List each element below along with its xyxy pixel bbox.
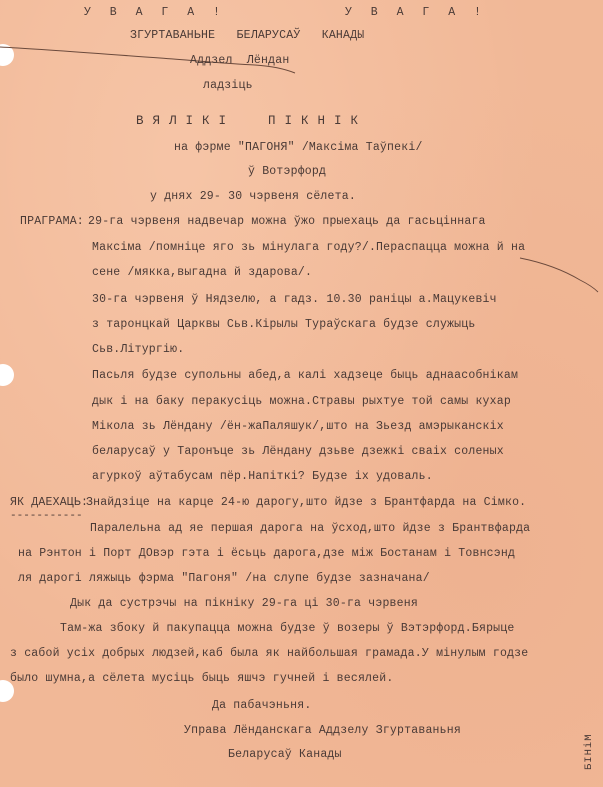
directions-label-underline: -----------: [10, 510, 83, 522]
attention-heading-left: У В А Г А !: [84, 6, 226, 20]
program-line: 29-га чэрвеня надвечар можна ўжо прыехац…: [88, 215, 486, 229]
branch-name: Аддзел Лёндан: [190, 54, 289, 68]
closing-line: Там-жа збоку й пакупацца можна будзе ў в…: [60, 622, 514, 636]
program-line: Пасьля будзе супольны абед,а калі хадзец…: [92, 369, 518, 383]
directions-line: Паралельна ад яе першая дарога на ўсход,…: [90, 522, 530, 536]
program-line: Мікола зь Лёндану /ён-жаПаляшук/,што на …: [92, 420, 504, 434]
farewell: Да пабачэньня.: [212, 699, 311, 713]
typewritten-document-page: У В А Г А ! У В А Г А ! ЗГУРТАВАНЬНЕ БЕЛ…: [0, 0, 603, 787]
event-title: ВЯЛІКІ ПІКНІК: [136, 114, 367, 128]
punch-hole: [0, 364, 14, 386]
program-label: ПРАГРАМА:: [20, 215, 84, 229]
event-town: ў Вотэрфорд: [248, 165, 326, 179]
attention-heading-right: У В А Г А !: [345, 6, 487, 20]
directions-label: ЯК ДАЕХАЦЬ:: [10, 496, 88, 510]
program-line: з таронцкай Царквы Сьв.Кірылы Тураўскага…: [92, 318, 475, 332]
event-dates: у днях 29- 30 чэрвеня сёлета.: [150, 190, 356, 204]
signature-line: Беларусаў Канады: [228, 748, 342, 762]
directions-line: Знайдзіце на карце 24-ю дарогу,што йдзе …: [86, 496, 526, 510]
punch-hole: [0, 44, 14, 66]
program-line: 30-га чэрвеня ў Нядзелю, а гадз. 10.30 р…: [92, 293, 497, 307]
directions-line: на Рэнтон і Порт ДОвэр гэта і ёсьць даро…: [18, 547, 515, 561]
closing-line: з сабой усіх добрых людзей,каб была як н…: [10, 647, 528, 661]
closing-line: было шумна,а сёлета мусіць быць яшчэ гуч…: [10, 672, 393, 686]
program-line: беларусаў у Таронъце зь Лёндану дзьве дз…: [92, 445, 504, 459]
program-line: сене /мякка,выгадна й здарова/.: [92, 266, 312, 280]
organizes-text: ладзіць: [203, 79, 253, 93]
program-line: Максіма /помніце яго зь мінулага году?/.…: [92, 241, 525, 255]
event-location: на фэрме "ПАГОНЯ" /Максіма Таўпекі/: [174, 141, 423, 155]
archive-stamp: БІНіМ: [583, 733, 595, 770]
program-line: агуркоў аўтабусам пёр.Напіткі? Будзе іх …: [92, 470, 433, 484]
directions-line: ля дарогі ляжыць фэрма "Пагоня" /на слуп…: [18, 572, 430, 586]
organization-name: ЗГУРТАВАНЬНЕ БЕЛАРУСАЎ КАНАДЫ: [130, 29, 364, 43]
signature-line: Управа Лёнданскага Аддзелу Згуртаваньня: [184, 724, 461, 738]
meet-line: Дык да сустрэчы на пікніку 29-га ці 30-г…: [70, 597, 418, 611]
program-line: Сьв.Літургію.: [92, 343, 184, 357]
program-line: дык і на баку перакусіць можна.Стравы ры…: [92, 395, 511, 409]
